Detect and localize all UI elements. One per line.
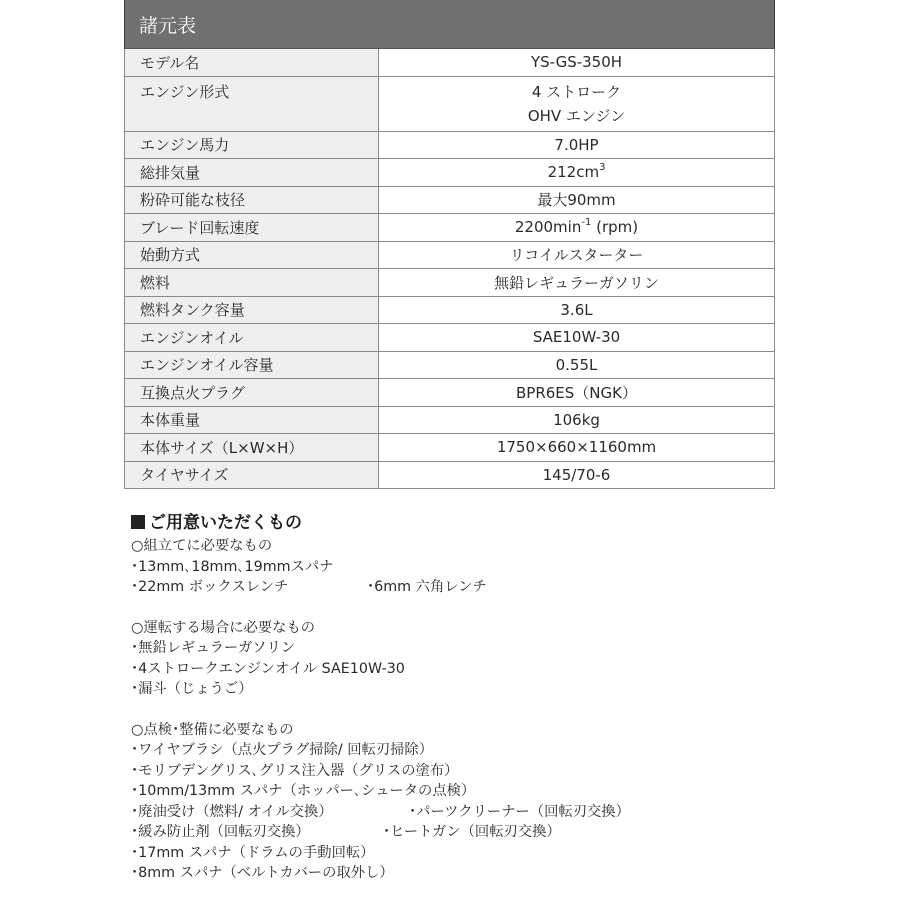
spec-value: 7.0HP: [379, 131, 775, 159]
spec-label: エンジンオイル容量: [125, 351, 379, 379]
preparation-section: ご用意いただくもの ○組立てに必要なもの ･13mm､18mm､19mmスパナ …: [131, 508, 751, 900]
spec-value: 106kg: [379, 406, 775, 434]
list-item: ･10mm/13mm スパナ（ホッパー､シュータの点検）: [131, 781, 751, 802]
list-item: ･モリブデングリス､グリス注入器（グリスの塗布）: [131, 761, 751, 782]
list-item: ･8mm スパナ（ベルトカバーの取外し）: [131, 863, 751, 884]
spec-row-fuel-tank: 燃料タンク容量 3.6L: [125, 296, 775, 324]
preparation-title-text: ご用意いただくもの: [149, 513, 302, 533]
spec-value-superscript: -1: [581, 217, 591, 228]
spec-value: 212cm3: [379, 159, 775, 187]
spec-label: 始動方式: [125, 241, 379, 269]
spec-value-line: OHV エンジン: [379, 104, 774, 128]
list-item: ･6mm 六角レンチ: [367, 577, 487, 598]
spec-row-displacement: 総排気量 212cm3: [125, 159, 775, 187]
spec-label: 粉砕可能な枝径: [125, 186, 379, 214]
list-item: ･パーツクリーナー（回転刃交換）: [409, 802, 630, 823]
spec-row-engine-oil: エンジンオイル SAE10W-30: [125, 324, 775, 352]
list-item: ･漏斗（じょうご）: [131, 679, 751, 700]
spec-value: 2200min-1 (rpm): [379, 214, 775, 242]
spec-label: ブレード回転速度: [125, 214, 379, 242]
spec-label: 燃料: [125, 269, 379, 297]
spec-value-main: 212cm: [548, 163, 600, 181]
operation-items-group: ○運転する場合に必要なもの ･無鉛レギュラーガソリン ･4ストロークエンジンオイ…: [131, 618, 751, 700]
spec-row-branch-diameter: 粉砕可能な枝径 最大90mm: [125, 186, 775, 214]
list-item-pair: ･緩み防止剤（回転刃交換） ･ヒートガン（回転刃交換）: [131, 822, 751, 843]
spec-row-weight: 本体重量 106kg: [125, 406, 775, 434]
spec-label: エンジンオイル: [125, 324, 379, 352]
preparation-title: ご用意いただくもの: [131, 508, 751, 530]
spec-row-size: 本体サイズ（L×W×H） 1750×660×1160mm: [125, 434, 775, 462]
list-item: ･4ストロークエンジンオイル SAE10W-30: [131, 659, 751, 680]
spec-label: 燃料タンク容量: [125, 296, 379, 324]
spec-value: YS-GS-350H: [379, 49, 775, 77]
spec-value-suffix: (rpm): [591, 218, 638, 236]
spec-label: 互換点火プラグ: [125, 379, 379, 407]
list-item: ･無鉛レギュラーガソリン: [131, 638, 751, 659]
spec-row-fuel: 燃料 無鉛レギュラーガソリン: [125, 269, 775, 297]
spec-value-superscript: 3: [599, 162, 605, 173]
list-item: ･ワイヤブラシ（点火プラグ掃除/ 回転刃掃除）: [131, 740, 751, 761]
list-item-pair: ･廃油受け（燃料/ オイル交換） ･パーツクリーナー（回転刃交換）: [131, 802, 751, 823]
spec-row-start-method: 始動方式 リコイルスターター: [125, 241, 775, 269]
spec-label: エンジン形式: [125, 76, 379, 131]
spec-row-oil-capacity: エンジンオイル容量 0.55L: [125, 351, 775, 379]
spec-label: エンジン馬力: [125, 131, 379, 159]
spec-value: 無鉛レギュラーガソリン: [379, 269, 775, 297]
list-item: ･ヒートガン（回転刃交換）: [383, 822, 561, 843]
square-bullet-icon: [131, 515, 145, 529]
spec-label: 本体重量: [125, 406, 379, 434]
spec-value: 最大90mm: [379, 186, 775, 214]
spec-table: 諸元表 モデル名 YS-GS-350H エンジン形式 4 ストローク OHV エ…: [124, 0, 775, 489]
assembly-tools-group: ○組立てに必要なもの ･13mm､18mm､19mmスパナ ･22mm ボックス…: [131, 536, 751, 598]
spec-value: SAE10W-30: [379, 324, 775, 352]
list-item: ･22mm ボックスレンチ: [131, 579, 288, 595]
spec-row-engine-type: エンジン形式 4 ストローク OHV エンジン: [125, 76, 775, 131]
spec-value: 3.6L: [379, 296, 775, 324]
list-item: ･17mm スパナ（ドラムの手動回転）: [131, 843, 751, 864]
spec-row-model: モデル名 YS-GS-350H: [125, 49, 775, 77]
spec-value-main: 2200min: [515, 218, 581, 236]
spec-label: モデル名: [125, 49, 379, 77]
spec-label: 総排気量: [125, 159, 379, 187]
group-heading: ○点検･整備に必要なもの: [131, 720, 751, 741]
spec-row-horsepower: エンジン馬力 7.0HP: [125, 131, 775, 159]
group-heading: ○運転する場合に必要なもの: [131, 618, 751, 639]
spec-row-spark-plug: 互換点火プラグ BPR6ES（NGK）: [125, 379, 775, 407]
spec-value: 1750×660×1160mm: [379, 434, 775, 462]
group-heading: ○組立てに必要なもの: [131, 536, 751, 557]
spec-table-header: 諸元表: [125, 0, 775, 49]
list-item: ･緩み防止剤（回転刃交換）: [131, 824, 310, 840]
spec-label: 本体サイズ（L×W×H）: [125, 434, 379, 462]
list-item: ･廃油受け（燃料/ オイル交換）: [131, 804, 333, 820]
spec-table-title: 諸元表: [125, 0, 775, 49]
spec-value: 0.55L: [379, 351, 775, 379]
spec-label: タイヤサイズ: [125, 461, 379, 489]
list-item-pair: ･22mm ボックスレンチ ･6mm 六角レンチ: [131, 577, 751, 598]
spec-value: 145/70-6: [379, 461, 775, 489]
spec-row-blade-speed: ブレード回転速度 2200min-1 (rpm): [125, 214, 775, 242]
spec-value-line: 4 ストローク: [379, 80, 774, 104]
list-item: ･13mm､18mm､19mmスパナ: [131, 557, 751, 578]
maintenance-items-group: ○点検･整備に必要なもの ･ワイヤブラシ（点火プラグ掃除/ 回転刃掃除） ･モリ…: [131, 720, 751, 884]
spec-value: 4 ストローク OHV エンジン: [379, 76, 775, 131]
spec-value: BPR6ES（NGK）: [379, 379, 775, 407]
spec-row-tire-size: タイヤサイズ 145/70-6: [125, 461, 775, 489]
spec-value: リコイルスターター: [379, 241, 775, 269]
